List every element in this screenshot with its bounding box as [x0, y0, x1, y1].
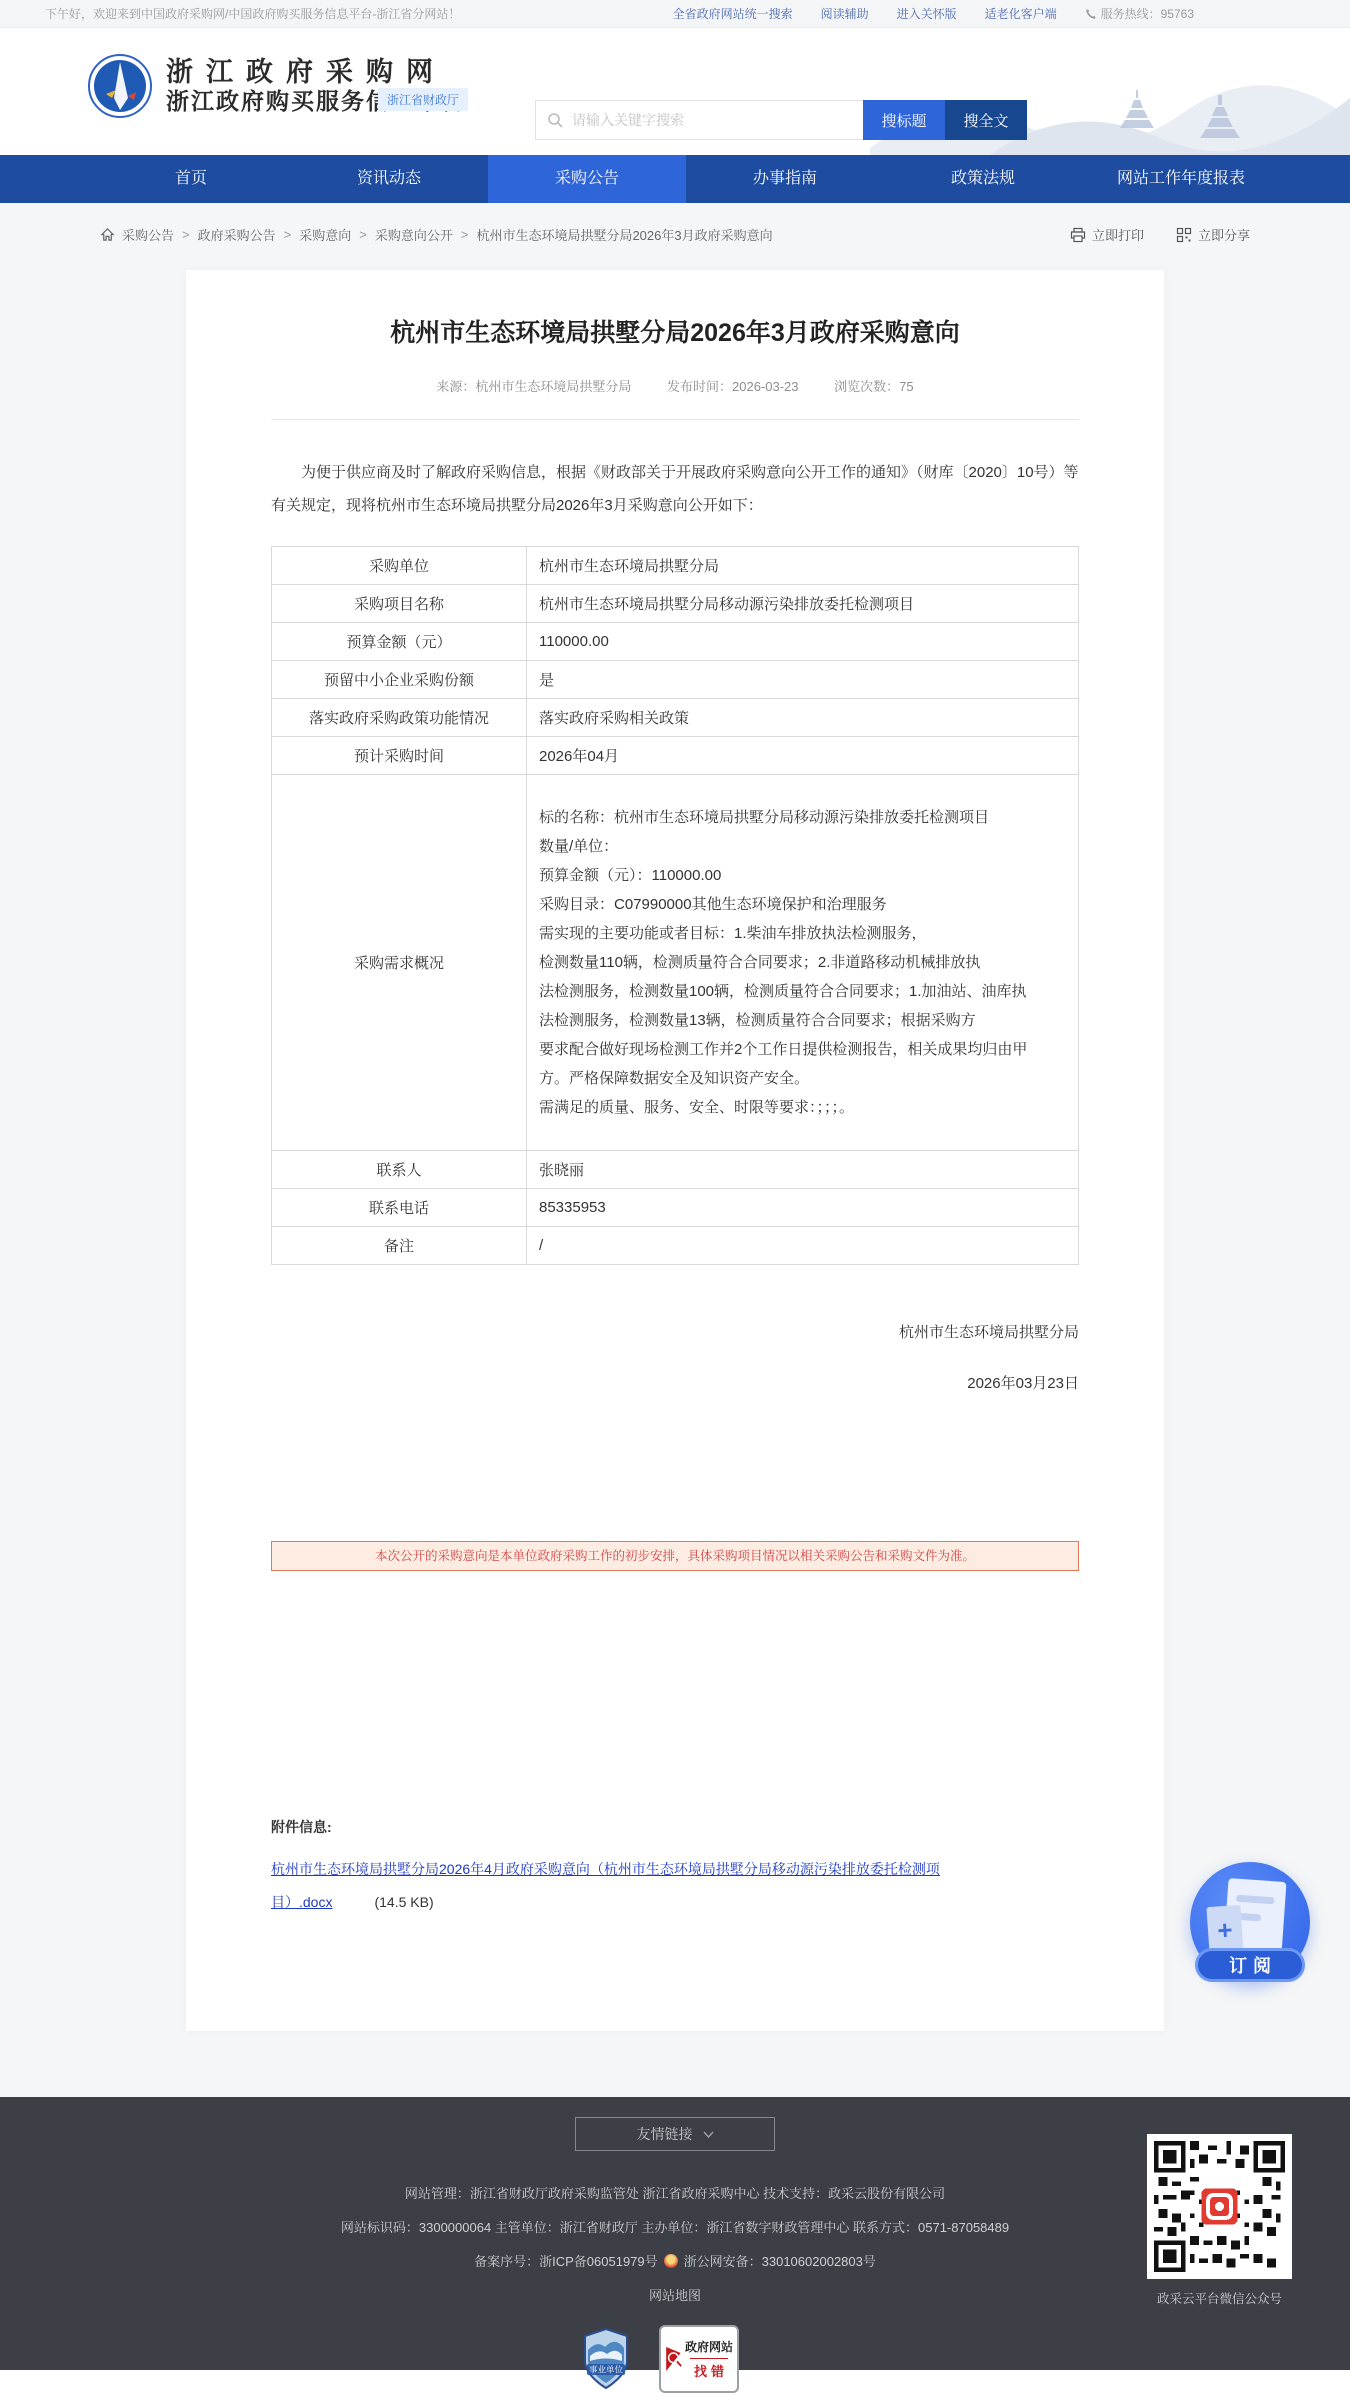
table-row: 采购项目名称杭州市生态环境局拱墅分局移动源污染排放委托检测项目 — [272, 585, 1079, 623]
page-tools: 立即打印 立即分享 — [1070, 225, 1250, 244]
field-label: 备注 — [272, 1227, 527, 1265]
field-value: 杭州市生态环境局拱墅分局移动源污染排放委托检测项目 — [527, 585, 1079, 623]
field-label: 落实政府采购政策功能情况 — [272, 699, 527, 737]
topbar-link-reading-aid[interactable]: 阅读辅助 — [821, 5, 869, 22]
wechat-qr-code — [1147, 2134, 1292, 2279]
attachment-link[interactable]: 杭州市生态环境局拱墅分局2026年4月政府采购意向（杭州市生态环境局拱墅分局移动… — [271, 1861, 940, 1910]
welcome-text: 下午好，欢迎来到中国政府采购网/中国政府购买服务信息平台-浙江省分网站！ — [45, 5, 460, 22]
field-value: 85335953 — [527, 1189, 1079, 1227]
intent-table: 采购单位杭州市生态环境局拱墅分局 采购项目名称杭州市生态环境局拱墅分局移动源污染… — [271, 546, 1079, 1265]
site-logo — [88, 54, 152, 118]
chevron-down-icon — [703, 2131, 714, 2138]
field-label: 联系电话 — [272, 1189, 527, 1227]
table-row-demand-summary: 采购需求概况标的名称：杭州市生态环境局拱墅分局移动源污染排放委托检测项目 数量/… — [272, 775, 1079, 1151]
breadcrumb-separator: > — [359, 227, 367, 242]
topbar-links: 全省政府网站统一搜索 阅读辅助 进入关怀版 适老化客户端 服务热线：95763 — [673, 5, 1194, 22]
service-hotline: 服务热线：95763 — [1085, 5, 1194, 22]
attachment-section: 附件信息: 杭州市生态环境局拱墅分局2026年4月政府采购意向（杭州市生态环境局… — [271, 1817, 1079, 1919]
print-label: 立即打印 — [1092, 225, 1144, 244]
search-input-wrap — [535, 100, 863, 140]
signature-date: 2026年03月23日 — [271, 1372, 1079, 1393]
signature-block: 杭州市生态环境局拱墅分局 2026年03月23日 — [271, 1321, 1079, 1393]
breadcrumb-row: 采购公告 > 政府采购公告 > 采购意向 > 采购意向公开 > 杭州市生态环境局… — [100, 203, 1250, 270]
breadcrumb-item[interactable]: 采购意向 — [299, 225, 351, 244]
friend-links-dropdown[interactable]: 友情链接 — [575, 2117, 775, 2151]
field-label: 采购单位 — [272, 547, 527, 585]
nav-item-policies[interactable]: 政策法规 — [884, 155, 1082, 203]
wechat-qr-block: 政采云平台微信公众号 — [1147, 2134, 1292, 2307]
search-bar: 搜标题 搜全文 — [535, 100, 1027, 140]
table-row: 落实政府采购政策功能情况落实政府采购相关政策 — [272, 699, 1079, 737]
article-publish-time: 发布时间：2026-03-23 — [667, 379, 799, 394]
breadcrumb-item[interactable]: 政府采购公告 — [198, 225, 276, 244]
field-value: 2026年04月 — [527, 737, 1079, 775]
field-value: / — [527, 1227, 1079, 1265]
nav-item-news[interactable]: 资讯动态 — [290, 155, 488, 203]
field-value: 落实政府采购相关政策 — [527, 699, 1079, 737]
breadcrumb: 采购公告 > 政府采购公告 > 采购意向 > 采购意向公开 > 杭州市生态环境局… — [100, 225, 773, 244]
print-icon — [1070, 227, 1086, 243]
error-report-texts: 政府网站 找错 — [685, 2338, 733, 2380]
police-badge-icon — [664, 2254, 678, 2268]
print-button[interactable]: 立即打印 — [1070, 225, 1144, 244]
table-row: 备注/ — [272, 1227, 1079, 1265]
topbar-link-unified-search[interactable]: 全省政府网站统一搜索 — [673, 5, 793, 22]
home-icon[interactable] — [100, 227, 115, 242]
signature-org: 杭州市生态环境局拱墅分局 — [271, 1321, 1079, 1342]
breadcrumb-item[interactable]: 采购公告 — [122, 225, 174, 244]
topbar-link-care-version[interactable]: 进入关怀版 — [897, 5, 957, 22]
error-report-line1: 政府网站 — [685, 2338, 733, 2355]
subscribe-button[interactable]: 订阅 — [1195, 1948, 1305, 1982]
nav-item-home[interactable]: 首页 — [92, 155, 290, 203]
site-header: 浙江政府采购网 浙江政府购买服务信息平台 浙江省财政厅 搜标题 搜全文 — [0, 28, 1350, 155]
meta-divider — [271, 419, 1079, 420]
page: 下午好，欢迎来到中国政府采购网/中国政府购买服务信息平台-浙江省分网站！ 全省政… — [0, 0, 1350, 2370]
top-bar: 下午好，欢迎来到中国政府采购网/中国政府购买服务信息平台-浙江省分网站！ 全省政… — [0, 0, 1350, 28]
table-row: 联系人张晓丽 — [272, 1151, 1079, 1189]
breadcrumb-separator: > — [461, 227, 469, 242]
nav-item-service-guide[interactable]: 办事指南 — [686, 155, 884, 203]
table-row: 预算金额（元）110000.00 — [272, 623, 1079, 661]
public-institution-badge[interactable]: 事业单位 — [583, 2328, 629, 2390]
service-hotline-text: 服务热线：95763 — [1101, 5, 1194, 22]
article-intro: 为便于供应商及时了解政府采购信息，根据《财政部关于开展政府采购意向公开工作的通知… — [271, 456, 1079, 522]
attachment-label: 附件信息: — [271, 1817, 1079, 1837]
share-button[interactable]: 立即分享 — [1176, 225, 1250, 244]
article-title: 杭州市生态环境局拱墅分局2026年3月政府采购意向 — [271, 316, 1079, 350]
table-row: 预留中小企业采购份额是 — [272, 661, 1079, 699]
nav-item-annual-report[interactable]: 网站工作年度报表 — [1082, 155, 1280, 203]
breadcrumb-separator: > — [284, 227, 292, 242]
attachment-item: 杭州市生态环境局拱墅分局2026年4月政府采购意向（杭州市生态环境局拱墅分局移动… — [271, 1853, 1079, 1919]
topbar-link-elderly-client[interactable]: 适老化客户端 — [985, 5, 1057, 22]
search-input[interactable] — [535, 100, 863, 140]
breadcrumb-current: 杭州市生态环境局拱墅分局2026年3月政府采购意向 — [476, 225, 772, 244]
footer: 友情链接 网站管理：浙江省财政厅政府采购监管处 浙江省政府采购中心 技术支持：政… — [0, 2097, 1350, 2370]
table-row: 联系电话85335953 — [272, 1189, 1079, 1227]
public-institution-badge-label: 事业单位 — [589, 2365, 624, 2375]
field-value: 110000.00 — [527, 623, 1079, 661]
phone-icon — [1085, 8, 1097, 20]
field-label: 预算金额（元） — [272, 623, 527, 661]
error-report-magnifier-icon — [665, 2333, 683, 2385]
qr-caption: 政采云平台微信公众号 — [1147, 2289, 1292, 2307]
friend-links-label: 友情链接 — [637, 2124, 693, 2144]
field-value: 杭州市生态环境局拱墅分局 — [527, 547, 1079, 585]
field-label: 采购需求概况 — [272, 775, 527, 1151]
field-label: 采购项目名称 — [272, 585, 527, 623]
disclaimer-notice: 本次公开的采购意向是本单位政府采购工作的初步安排，具体采购项目情况以相关采购公告… — [271, 1541, 1079, 1571]
police-record-link[interactable]: 浙公网安备：33010602002803号 — [684, 2254, 876, 2269]
site-name: 浙江政府采购网 — [166, 57, 466, 87]
site-error-report-badge[interactable]: 政府网站 找错 — [659, 2325, 739, 2393]
breadcrumb-separator: > — [182, 227, 190, 242]
subscribe-widget[interactable]: + 订阅 — [1178, 1862, 1328, 1992]
search-title-button[interactable]: 搜标题 — [863, 100, 945, 140]
field-value: 张晓丽 — [527, 1151, 1079, 1189]
article-views: 浏览次数：75 — [834, 379, 913, 394]
search-fulltext-button[interactable]: 搜全文 — [945, 100, 1027, 140]
table-row: 预计采购时间2026年04月 — [272, 737, 1079, 775]
error-report-line2: 找错 — [690, 2358, 728, 2380]
article-meta: 来源：杭州市生态环境局拱墅分局 发布时间：2026-03-23 浏览次数：75 — [271, 376, 1079, 395]
field-label: 预留中小企业采购份额 — [272, 661, 527, 699]
breadcrumb-item[interactable]: 采购意向公开 — [375, 225, 453, 244]
nav-item-procurement-notices[interactable]: 采购公告 — [488, 155, 686, 203]
icp-record-link[interactable]: 备案序号：浙ICP备06051979号 — [474, 2254, 658, 2269]
field-label: 联系人 — [272, 1151, 527, 1189]
search-icon — [547, 112, 563, 128]
main-nav: 首页 资讯动态 采购公告 办事指南 政策法规 网站工作年度报表 — [0, 155, 1350, 203]
footer-badges: 事业单位 政府网站 找错 — [0, 2325, 1336, 2393]
field-label: 预计采购时间 — [272, 737, 527, 775]
field-value: 是 — [527, 661, 1079, 699]
article-card: 杭州市生态环境局拱墅分局2026年3月政府采购意向 来源：杭州市生态环境局拱墅分… — [186, 270, 1164, 2031]
attachment-size: (14.5 KB) — [374, 1894, 433, 1910]
article-source: 来源：杭州市生态环境局拱墅分局 — [436, 379, 631, 394]
share-label: 立即分享 — [1198, 225, 1250, 244]
sitemap-link[interactable]: 网站地图 — [649, 2288, 701, 2303]
field-value: 标的名称：杭州市生态环境局拱墅分局移动源污染排放委托检测项目 数量/单位： 预算… — [527, 775, 1079, 1151]
share-qr-icon — [1176, 227, 1192, 243]
site-tag: 浙江省财政厅 — [378, 88, 468, 111]
table-row: 采购单位杭州市生态环境局拱墅分局 — [272, 547, 1079, 585]
